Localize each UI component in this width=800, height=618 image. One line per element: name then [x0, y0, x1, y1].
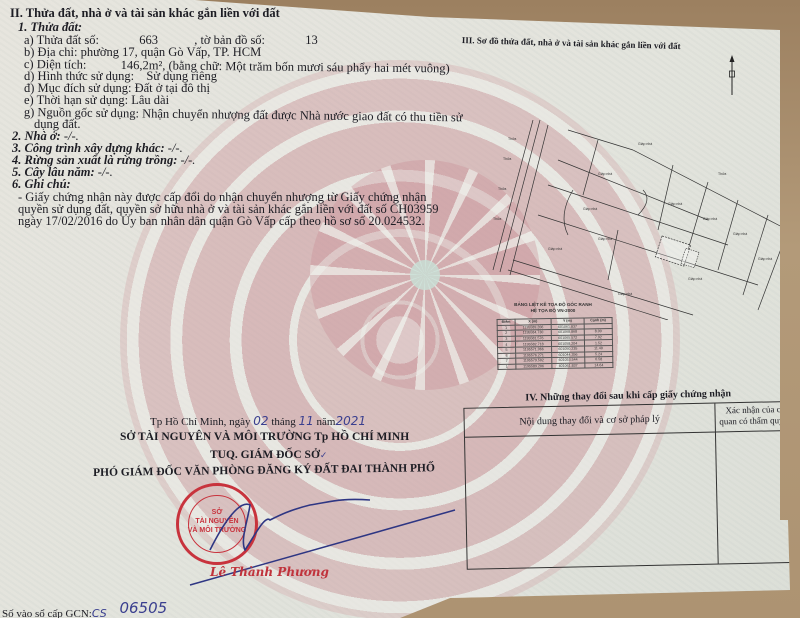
- year-label: năm: [317, 416, 336, 428]
- coord-cell: 14.64: [585, 362, 613, 368]
- coord-cell: 601061.837: [552, 363, 585, 369]
- on-behalf-text: TUQ. GIÁM ĐỐC SỞ: [210, 449, 320, 461]
- svg-text:Thửa: Thửa: [508, 137, 516, 141]
- coord-table-title: BẢNG LIỆT KÊ TỌA ĐỘ GÓC RANH HỆ TỌA ĐỘ V…: [508, 302, 598, 314]
- coord-title-line-2: HỆ TỌA ĐỘ VN-2000: [508, 308, 598, 314]
- date-prefix: Tp Hồ Chí Minh, ngày: [150, 416, 251, 428]
- svg-text:Giáp nhà: Giáp nhà: [618, 292, 632, 296]
- term-value: Lâu dài: [131, 93, 169, 107]
- svg-text:Giáp nhà: Giáp nhà: [583, 207, 597, 211]
- svg-text:Giáp nhà: Giáp nhà: [703, 217, 717, 221]
- month-label: tháng: [271, 416, 295, 428]
- svg-text:Giáp nhà: Giáp nhà: [668, 202, 682, 206]
- notes-heading: 6. Ghi chú:: [12, 177, 71, 191]
- svg-text:Thửa: Thửa: [493, 217, 501, 221]
- svg-text:Giáp nhà: Giáp nhà: [548, 247, 562, 251]
- on-behalf-line: TUQ. GIÁM ĐỐC SỞ✓: [210, 448, 327, 463]
- column-divider: [714, 404, 718, 564]
- forest-value: -/-.: [181, 153, 196, 167]
- issue-date: Tp Hồ Chí Minh, ngày 02 tháng 11 năm2021: [150, 414, 366, 429]
- section-ii-title: II. Thửa đất, nhà ở và tài sản khác gắn …: [10, 6, 280, 20]
- map-sheet-number: 13: [305, 33, 318, 47]
- date-year: 2021: [336, 414, 367, 428]
- certificate-sheet: II. Thửa đất, nhà ở và tài sản khác gắn …: [0, 0, 800, 618]
- svg-text:Giáp nhà: Giáp nhà: [598, 172, 612, 176]
- changes-content-header: Nội dung thay đổi và cơ sở pháp lý: [465, 413, 715, 429]
- drum-center: [410, 260, 440, 290]
- changes-section: IV. Những thay đổi sau khi cấp giấy chứn…: [455, 383, 794, 590]
- register-number-row: Số vào sổ cấp GCN:CS 06505: [2, 605, 167, 618]
- svg-text:Giáp nhà: Giáp nhà: [688, 277, 702, 281]
- north-arrow-icon: [728, 55, 736, 95]
- svg-text:Thửa: Thửa: [718, 172, 726, 176]
- date-month: 11: [299, 414, 314, 428]
- date-day: 02: [253, 414, 268, 428]
- svg-text:Giáp nhà: Giáp nhà: [638, 142, 652, 146]
- coord-table: ĐiểmX (m)Y (m)Cạnh (m) 11195589.20660106…: [497, 317, 614, 370]
- handwritten-signature: [170, 480, 460, 600]
- plot-map-diagram: Giáp nhà Giáp nhà Giáp nhà Giáp nhà Giáp…: [488, 120, 788, 320]
- coord-cell: 1195589.206: [516, 363, 552, 369]
- header-divider: [465, 430, 795, 438]
- svg-text:Thửa: Thửa: [503, 157, 511, 161]
- register-number: 06505: [119, 599, 167, 617]
- register-label: Số vào sổ cấp GCN:: [2, 608, 92, 618]
- signer-name: Lê Thành Phương: [210, 565, 329, 579]
- changes-table: Nội dung thay đổi và cơ sở pháp lý Xác n…: [463, 401, 798, 570]
- svg-text:Giáp nhà: Giáp nhà: [598, 237, 612, 241]
- register-prefix: CS: [92, 607, 107, 618]
- land-plot-heading: 1. Thửa đất:: [18, 20, 82, 34]
- coord-cell: 1: [498, 364, 516, 370]
- notes-line-3: ngày 17/02/2016 do Ủy ban nhân dân quận …: [18, 214, 425, 228]
- svg-text:Giáp nhà: Giáp nhà: [758, 257, 772, 261]
- coord-table-body: 11195589.206601061.83721195584.730601068…: [497, 323, 613, 370]
- svg-text:Giáp nhà: Giáp nhà: [733, 232, 747, 236]
- svg-text:Thửa: Thửa: [498, 187, 506, 191]
- agency-name: SỞ TÀI NGUYÊN VÀ MÔI TRƯỜNG Tp HỒ CHÍ MI…: [120, 430, 409, 444]
- perennial-value: -/-.: [98, 165, 113, 179]
